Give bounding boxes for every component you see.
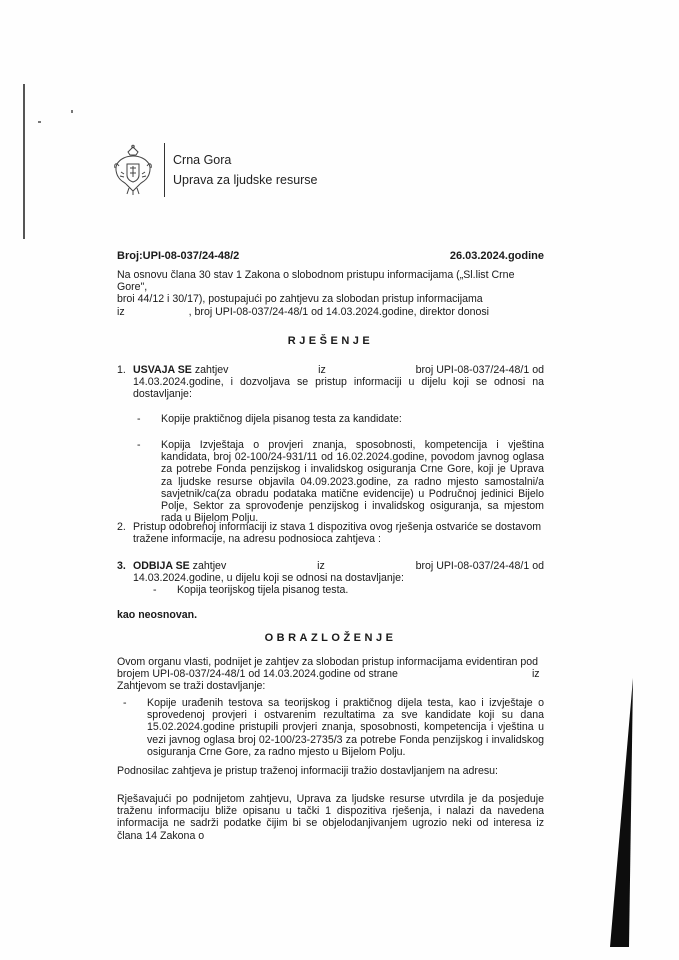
country-name: Crna Gora xyxy=(173,150,318,170)
letterhead-divider xyxy=(164,143,165,197)
preamble-line: iz, broj UPI-08-037/24-48/1 od 14.03.202… xyxy=(117,306,544,318)
subitem: - Kopije praktičnog dijela pisanog testa… xyxy=(117,413,544,425)
preamble: Na osnovu člana 30 stav 1 Zakona o slobo… xyxy=(117,269,544,318)
bullet-text: Kopije urađenih testova sa teorijskog i … xyxy=(147,697,544,758)
reasoning-bullet: - Kopije urađenih testova sa teorijskog … xyxy=(117,697,544,758)
decision-heading: RJEŠENJE xyxy=(117,335,544,347)
document-date: 26.03.2024.godine xyxy=(450,250,544,262)
reasoning-title: OBRAZLOŽENJE xyxy=(117,632,544,644)
closing-text: kao neosnovan. xyxy=(117,609,544,621)
reasoning-paragraph-2: Podnosilac zahtjeva je pristup traženoj … xyxy=(117,765,544,777)
authority-name: Uprava za ljudske resurse xyxy=(173,170,318,190)
item-number: 2. xyxy=(117,521,133,545)
subitem-text: Kopije praktičnog dijela pisanog testa z… xyxy=(161,413,544,425)
item-text: Pristup odobrenoj informaciji iz stava 1… xyxy=(133,521,544,545)
preamble-line: Na osnovu člana 30 stav 1 Zakona o slobo… xyxy=(117,269,544,293)
letterhead: Crna Gora Uprava za ljudske resurse xyxy=(112,140,318,200)
item-text: 14.03.2024.godine, i dozvoljava se prist… xyxy=(133,376,544,400)
reasoning-paragraph-1: Ovom organu vlasti, podnijet je zahtjev … xyxy=(117,656,544,693)
reasoning-paragraph-3: Rješavajući po podnijetom zahtjevu, Upra… xyxy=(117,793,544,842)
item-number: 3. xyxy=(117,560,133,572)
item-text: 14.03.2024.godine, u dijelu koji se odno… xyxy=(133,572,544,584)
scan-speck xyxy=(71,110,73,113)
decision-item-2: 2. Pristup odobrenoj informaciji iz stav… xyxy=(117,521,544,545)
coat-of-arms-icon xyxy=(112,144,154,196)
reasoning-heading: OBRAZLOŽENJE xyxy=(117,632,544,644)
item-lead: USVAJA SE xyxy=(133,364,192,376)
document-number: Broj:UPI-08-037/24-48/2 xyxy=(117,250,239,262)
scan-artifact-wedge xyxy=(600,670,640,955)
document-meta: Broj:UPI-08-037/24-48/2 26.03.2024.godin… xyxy=(117,250,544,262)
subitem-text: Kopija teorijskog tijela pisanog testa. xyxy=(177,584,544,596)
item-lead: ODBIJA SE xyxy=(133,560,190,572)
item-number: 1. xyxy=(117,364,133,401)
decision-item-3: 3. ODBIJA SE zahtjev iz broj UPI-08-037/… xyxy=(117,560,544,597)
subitem: - Kopija Izvještaja o provjeri znanja, s… xyxy=(117,439,544,524)
scan-artifact-line xyxy=(23,84,25,239)
scan-speck xyxy=(38,121,41,123)
scanned-document-page: Crna Gora Uprava za ljudske resurse Broj… xyxy=(0,0,679,960)
decision-title: RJEŠENJE xyxy=(117,335,544,347)
decision-item-1: 1. USVAJA SE zahtjev iz broj UPI-08-037/… xyxy=(117,364,544,401)
subitem-text: Kopija Izvještaja o provjeri znanja, spo… xyxy=(161,439,544,524)
preamble-line: broi 44/12 i 30/17), postupajući po zaht… xyxy=(117,293,544,305)
